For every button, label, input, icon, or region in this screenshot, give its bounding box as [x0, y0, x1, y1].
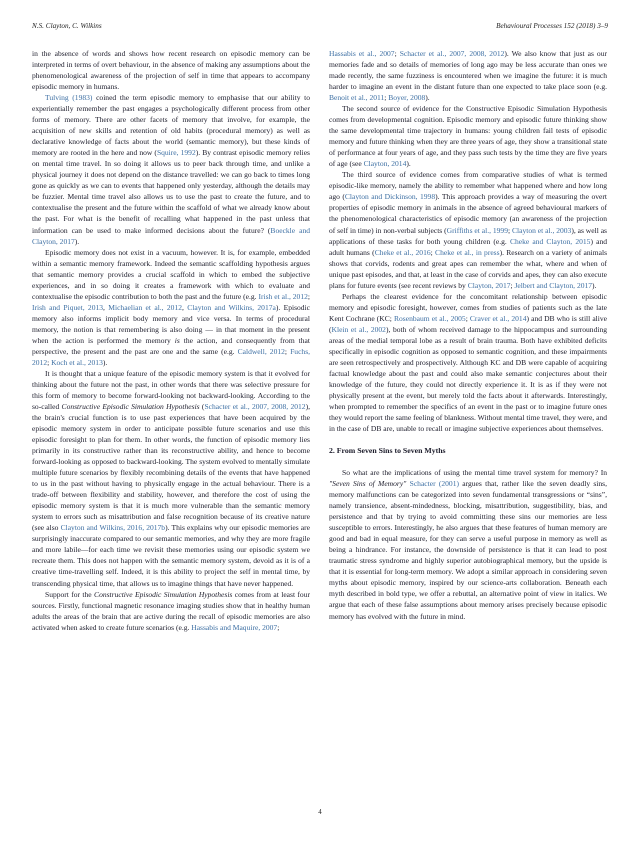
running-header: N.S. Clayton, C. Wilkins Behavioural Pro…	[32, 22, 608, 34]
citation-link[interactable]: Irish and Piquet, 2013	[32, 303, 103, 312]
citation-link[interactable]: Cheke and Clayton, 2015	[510, 237, 591, 246]
paragraph: Support for the Constructive Episodic Si…	[32, 589, 310, 633]
citation-link[interactable]: Craver et al., 2014	[470, 314, 527, 323]
section-heading: 2. From Seven Sins to Seven Myths	[329, 445, 607, 456]
citation-link[interactable]: Squire, 1992	[157, 148, 196, 157]
citation-link[interactable]: Hassabis et al., 2007	[329, 49, 395, 58]
citation-link[interactable]: Schacter et al., 2007, 2008, 2012	[204, 402, 305, 411]
citation-link[interactable]: Caldwell, 2012	[238, 347, 285, 356]
paragraph: Perhaps the clearest evidence for the co…	[329, 291, 607, 434]
citation-link[interactable]: Irish et al., 2012	[258, 292, 307, 301]
citation-link[interactable]: Cheke et al., in press	[435, 248, 500, 257]
citation-link[interactable]: Jelbert and Clayton, 2017	[514, 281, 592, 290]
citation-link[interactable]: Benoit et al., 2011	[329, 93, 384, 102]
paragraph: Episodic memory does not exist in a vacu…	[32, 247, 310, 368]
citation-link[interactable]: Clayton, 2017	[468, 281, 511, 290]
citation-link[interactable]: Boyer, 2008	[388, 93, 425, 102]
citation-link[interactable]: Clayton and Wilkins, 2016, 2017b	[61, 523, 166, 532]
paragraph: So what are the implications of using th…	[329, 467, 607, 621]
citation-link[interactable]: Clayton et al., 2003	[512, 226, 571, 235]
citation-link[interactable]: Rosenbaum et al., 2005	[394, 314, 466, 323]
citation-link[interactable]: Tulving (1983)	[45, 93, 92, 102]
citation-link[interactable]: Koch et al., 2013	[51, 358, 103, 367]
right-column: Hassabis et al., 2007; Schacter et al., …	[329, 48, 607, 622]
paragraph: It is thought that a unique feature of t…	[32, 368, 310, 589]
citation-link[interactable]: Clayton and Dickinson, 1998	[345, 192, 435, 201]
paragraph: Tulving (1983) coined the term episodic …	[32, 92, 310, 246]
citation-link[interactable]: Griffiths et al., 1999	[447, 226, 508, 235]
citation-link[interactable]: Michaelian et al., 2012	[108, 303, 182, 312]
citation-link[interactable]: Cheke et al., 2016	[375, 248, 431, 257]
citation-link[interactable]: Clayton and Wilkins, 2017a	[187, 303, 276, 312]
paragraph: Hassabis et al., 2007; Schacter et al., …	[329, 48, 607, 103]
citation-link[interactable]: Clayton, 2014	[364, 159, 407, 168]
emphasis: "Seven Sins of Memory"	[329, 479, 406, 488]
citation-link[interactable]: Schacter (2001)	[410, 479, 459, 488]
emphasis: Constructive Episodic Simulation Hypothe…	[62, 402, 200, 411]
header-authors: N.S. Clayton, C. Wilkins	[32, 22, 102, 34]
page-number: 4	[0, 808, 640, 816]
paragraph: The second source of evidence for the Co…	[329, 103, 607, 169]
emphasis: Constructive Episodic Simulation Hypothe…	[94, 590, 232, 599]
header-journal: Behavioural Processes 152 (2018) 3–9	[496, 22, 608, 34]
citation-link[interactable]: Klein et al., 2002	[332, 325, 386, 334]
citation-link[interactable]: Hassabis and Maquire, 2007	[191, 623, 277, 632]
paragraph: The third source of evidence comes from …	[329, 169, 607, 290]
paragraph: in the absence of words and shows how re…	[32, 48, 310, 92]
citation-link[interactable]: Schacter et al., 2007, 2008, 2012	[400, 49, 505, 58]
left-column: in the absence of words and shows how re…	[32, 48, 310, 633]
